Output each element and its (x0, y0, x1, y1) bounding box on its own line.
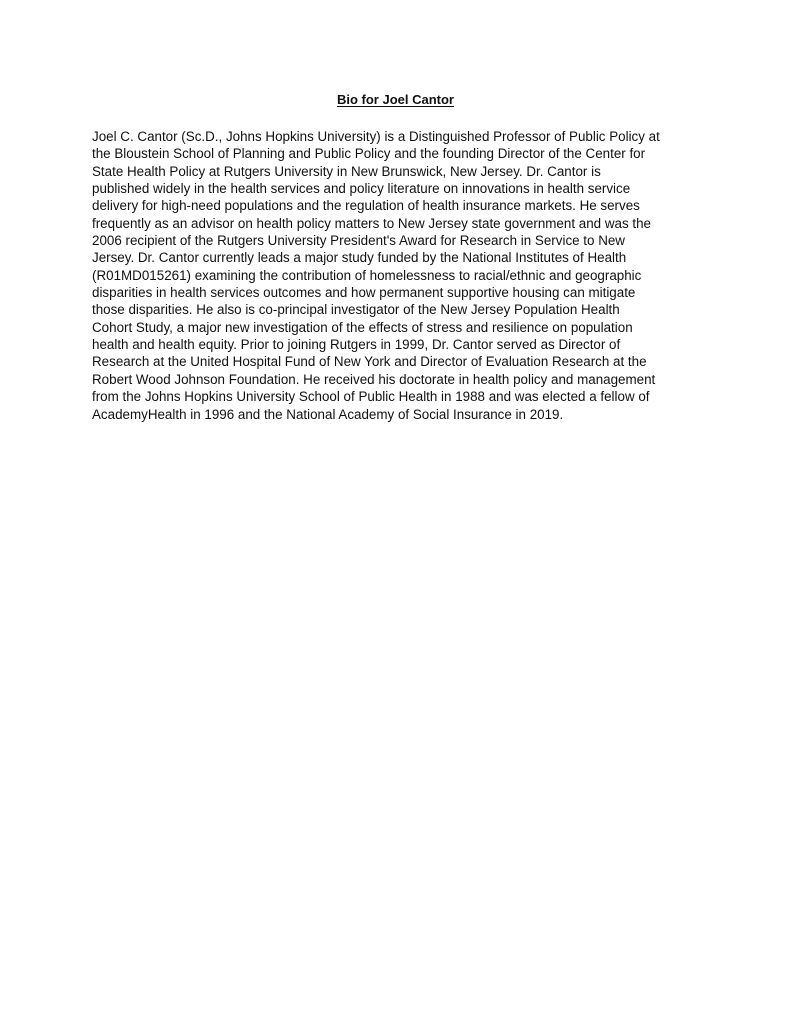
paragraph-line: health and health equity. Prior to joini… (92, 336, 712, 353)
paragraph-line: AcademyHealth in 1996 and the National A… (92, 406, 712, 423)
paragraph-line: delivery for high-need populations and t… (92, 197, 712, 214)
paragraph-line: those disparities. He also is co-princip… (92, 301, 712, 318)
paragraph-line: Robert Wood Johnson Foundation. He recei… (92, 371, 712, 388)
paragraph-line: the Bloustein School of Planning and Pub… (92, 145, 712, 162)
document-title: Bio for Joel Cantor (0, 92, 791, 107)
paragraph-line: State Health Policy at Rutgers Universit… (92, 163, 712, 180)
paragraph-line: published widely in the health services … (92, 180, 712, 197)
paragraph-line: Cohort Study, a major new investigation … (92, 319, 712, 336)
paragraph-line: Research at the United Hospital Fund of … (92, 353, 712, 370)
paragraph-line: from the Johns Hopkins University School… (92, 388, 712, 405)
paragraph-line: (R01MD015261) examining the contribution… (92, 267, 712, 284)
paragraph-line: disparities in health services outcomes … (92, 284, 712, 301)
bio-paragraph: Joel C. Cantor (Sc.D., Johns Hopkins Uni… (92, 128, 712, 423)
paragraph-line: frequently as an advisor on health polic… (92, 215, 712, 232)
paragraph-line: Joel C. Cantor (Sc.D., Johns Hopkins Uni… (92, 128, 712, 145)
paragraph-line: Jersey. Dr. Cantor currently leads a maj… (92, 249, 712, 266)
document-page: Bio for Joel Cantor Joel C. Cantor (Sc.D… (0, 0, 791, 1024)
paragraph-line: 2006 recipient of the Rutgers University… (92, 232, 712, 249)
